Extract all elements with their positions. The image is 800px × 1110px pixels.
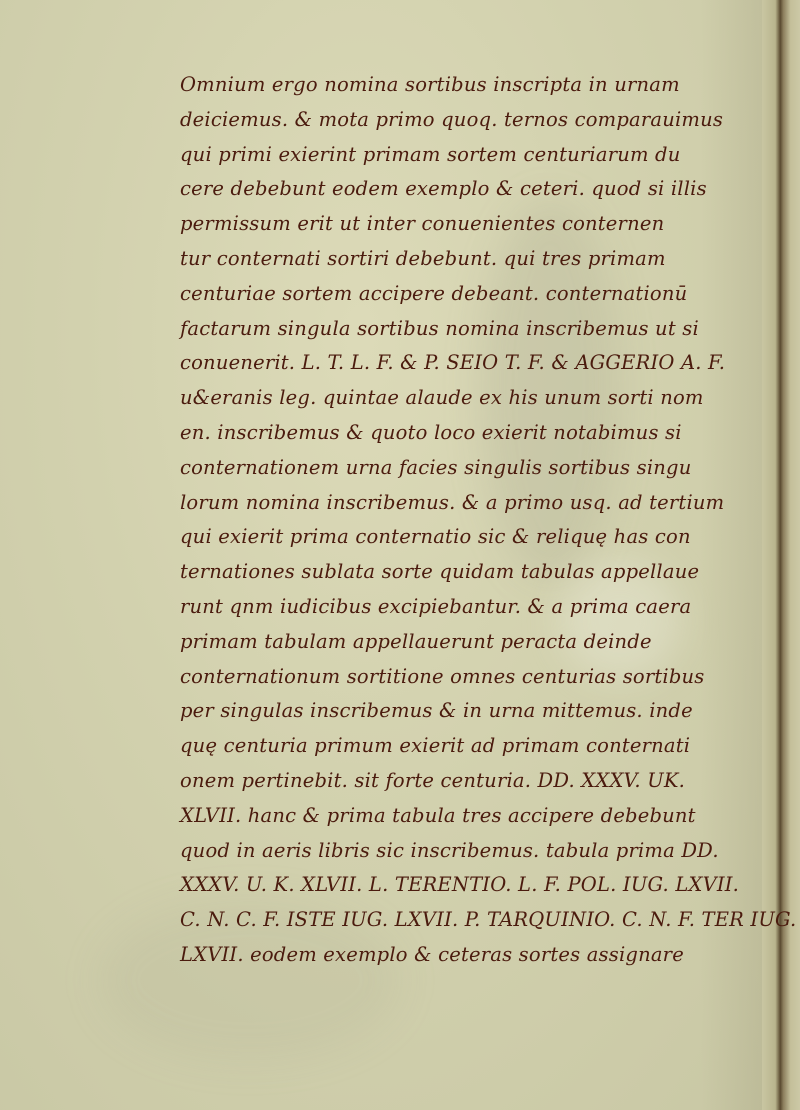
- text-line: XXXV. U. K. XLVII. L. TERENTIO. L. F. PO…: [180, 868, 750, 903]
- parchment-page: Omnium ergo nomina sortibus inscripta in…: [0, 0, 800, 1110]
- text-line: en. inscribemus & quoto loco exierit not…: [180, 416, 750, 451]
- text-line: cere debebunt eodem exemplo & ceteri. qu…: [180, 172, 750, 207]
- text-line: deiciemus. & mota primo quoq. ternos com…: [180, 103, 750, 138]
- text-line: Omnium ergo nomina sortibus inscripta in…: [180, 68, 750, 103]
- text-line: XLVII. hanc & prima tabula tres accipere…: [180, 799, 750, 834]
- text-line: factarum singula sortibus nomina inscrib…: [180, 312, 750, 347]
- text-line: primam tabulam appellauerunt peracta dei…: [180, 625, 750, 660]
- text-line: permissum erit ut inter conuenientes con…: [180, 207, 750, 242]
- text-line: u&eranis leg. quintae alaude ex his unum…: [180, 381, 750, 416]
- text-line: runt qnm iudicibus excipiebantur. & a pr…: [180, 590, 750, 625]
- manuscript-text-block: Omnium ergo nomina sortibus inscripta in…: [180, 68, 750, 973]
- text-line: per singulas inscribemus & in urna mitte…: [180, 694, 750, 729]
- text-line: C. N. C. F. ISTE IUG. LXVII. P. TARQUINI…: [180, 903, 750, 938]
- text-line: conuenerit. L. T. L. F. & P. SEIO T. F. …: [180, 346, 750, 381]
- text-line: centuriae sortem accipere debeant. conte…: [180, 277, 750, 312]
- binding-gutter: [762, 0, 800, 1110]
- text-line: quod in aeris libris sic inscribemus. ta…: [180, 834, 750, 869]
- text-line: lorum nomina inscribemus. & a primo usq.…: [180, 486, 750, 521]
- text-line: onem pertinebit. sit forte centuria. DD.…: [180, 764, 750, 799]
- text-line: conternationum sortitione omnes centuria…: [180, 660, 750, 695]
- text-line: LXVII. eodem exemplo & ceteras sortes as…: [180, 938, 750, 973]
- text-line: quę centuria primum exierit ad primam co…: [180, 729, 750, 764]
- folio-number: [82, 18, 122, 40]
- text-line: qui exierit prima conternatio sic & reli…: [180, 520, 750, 555]
- text-line: qui primi exierint primam sortem centuri…: [180, 138, 750, 173]
- text-line: tur conternati sortiri debebunt. qui tre…: [180, 242, 750, 277]
- text-line: ternationes sublata sorte quidam tabulas…: [180, 555, 750, 590]
- text-line: conternationem urna facies singulis sort…: [180, 451, 750, 486]
